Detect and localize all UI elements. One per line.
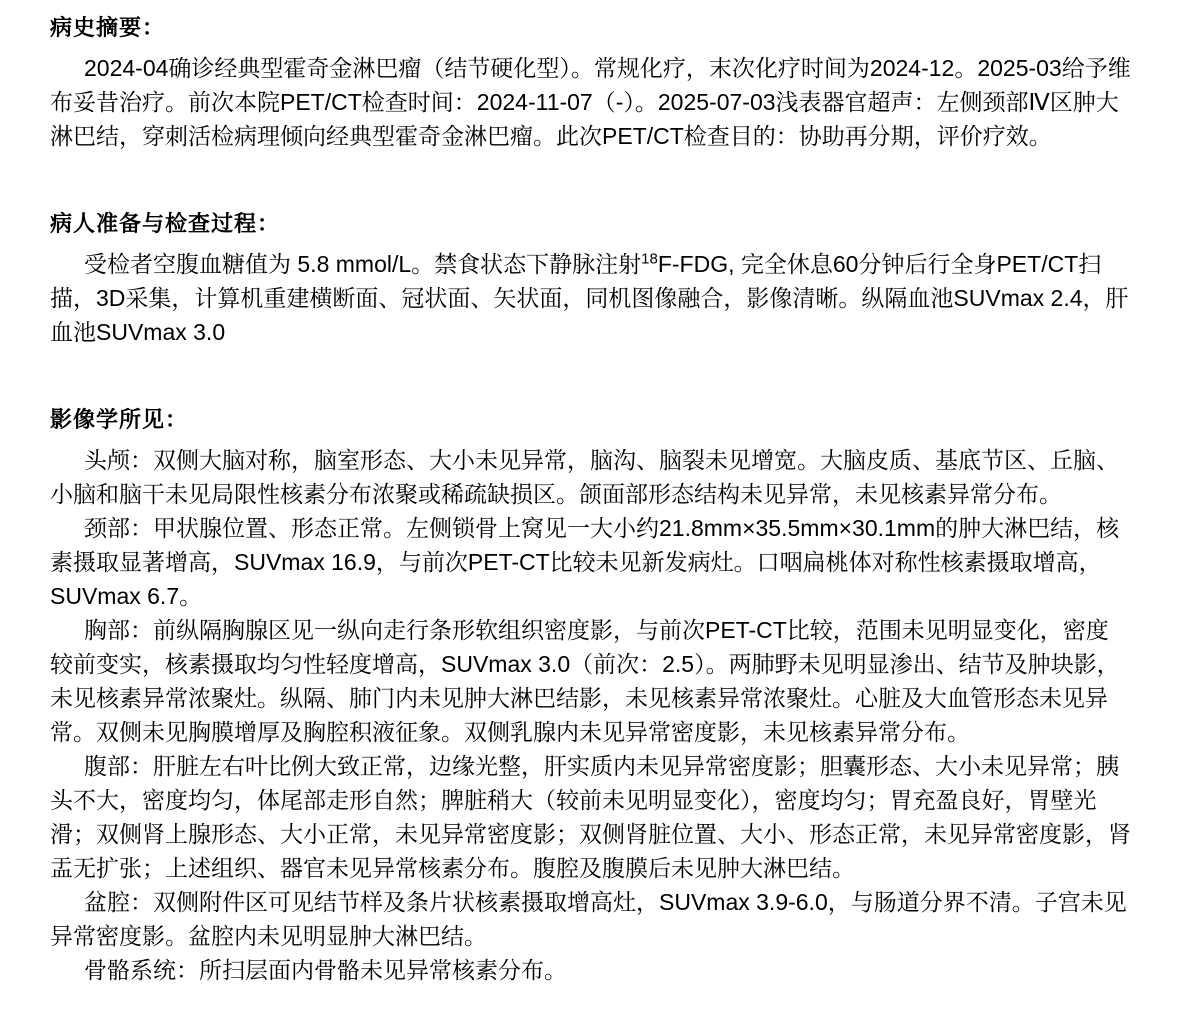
preparation-text-before-isotope: 受检者空腹血糖值为 5.8 mmol/L。禁食状态下静脉注射 [84,251,641,277]
findings-paragraph-skeletal: 骨骼系统：所扫层面内骨骼未见异常核素分布。 [50,953,1131,987]
findings-heading: 影像学所见： [50,405,1131,435]
findings-paragraph-head: 头颅：双侧大脑对称，脑室形态、大小未见异常，脑沟、脑裂未见增宽。大脑皮质、基底节… [50,443,1131,511]
report-page: 病史摘要： 2024-04确诊经典型霍奇金淋巴瘤（结节硬化型）。常规化疗，末次化… [0,0,1179,987]
section-preparation: 病人准备与检查过程： 受检者空腹血糖值为 5.8 mmol/L。禁食状态下静脉注… [50,209,1131,349]
findings-paragraph-chest: 胸部：前纵隔胸腺区见一纵向走行条形软组织密度影，与前次PET-CT比较，范围未见… [50,613,1131,749]
section-findings: 影像学所见： 头颅：双侧大脑对称，脑室形态、大小未见异常，脑沟、脑裂未见增宽。大… [50,405,1131,987]
findings-paragraph-abdomen: 腹部：肝脏左右叶比例大致正常，边缘光整，肝实质内未见异常密度影；胆囊形态、大小未… [50,749,1131,885]
findings-paragraph-pelvis: 盆腔：双侧附件区可见结节样及条片状核素摄取增高灶，SUVmax 3.9-6.0，… [50,885,1131,953]
preparation-heading: 病人准备与检查过程： [50,209,1131,239]
preparation-paragraph: 受检者空腹血糖值为 5.8 mmol/L。禁食状态下静脉注射18F-FDG, 完… [50,247,1131,349]
history-paragraph: 2024-04确诊经典型霍奇金淋巴瘤（结节硬化型）。常规化疗，末次化疗时间为20… [50,51,1131,153]
history-heading: 病史摘要： [50,13,1131,43]
section-history: 病史摘要： 2024-04确诊经典型霍奇金淋巴瘤（结节硬化型）。常规化疗，末次化… [50,13,1131,153]
findings-paragraph-neck: 颈部：甲状腺位置、形态正常。左侧锁骨上窝见一大小约21.8mm×35.5mm×3… [50,511,1131,613]
isotope-mass-number-superscript: 18 [641,250,658,267]
